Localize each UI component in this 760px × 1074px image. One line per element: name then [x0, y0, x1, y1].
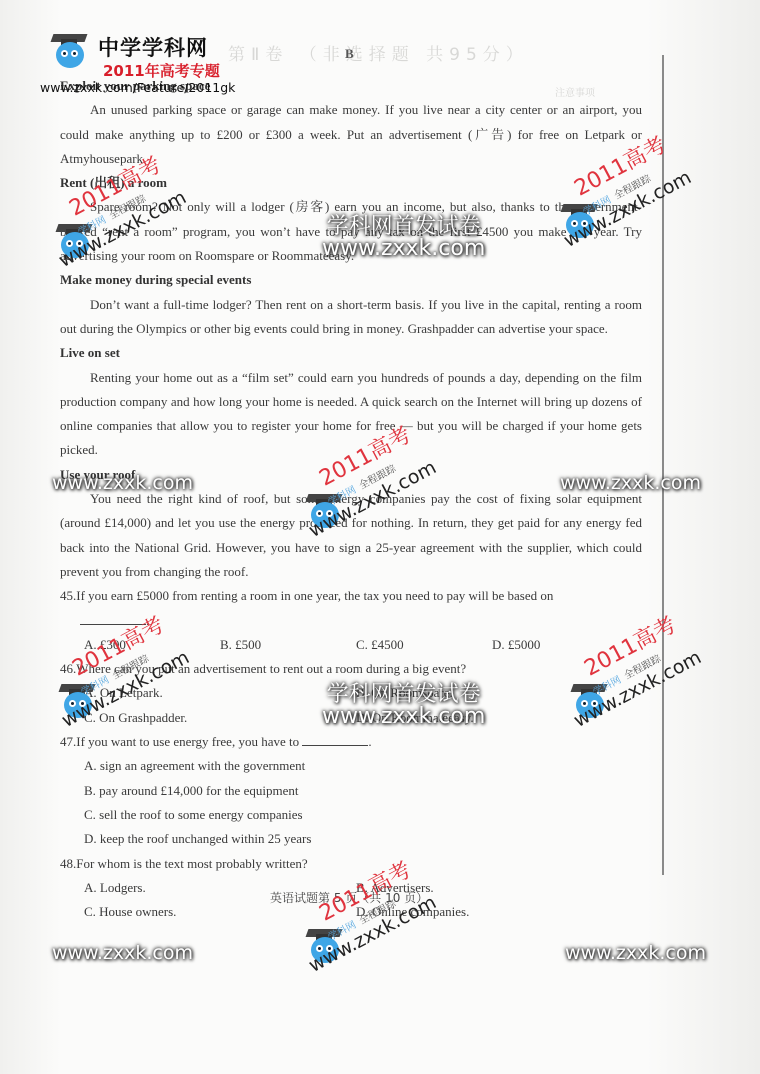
section-heading: Make money during special events	[60, 268, 642, 292]
answer-option: C. £4500	[356, 633, 492, 657]
banner-watermark: 学科网首发试卷www.zxxk.com	[322, 684, 485, 728]
answer-option: B. £500	[220, 633, 356, 657]
question-stem: 47.If you want to use energy free, you h…	[60, 730, 642, 754]
banner-watermark: 学科网首发试卷www.zxxk.com	[322, 216, 485, 260]
url-watermark: www.zxxk.com	[52, 472, 193, 494]
answer-option: A. sign an agreement with the government	[84, 758, 305, 773]
url-watermark: www.zxxk.com	[560, 472, 701, 494]
answer-blank	[302, 731, 368, 746]
logo-url: www.zxxk.com/Feature/2011gk	[40, 80, 235, 95]
paragraph: Renting your home out as a “film set” co…	[60, 366, 642, 463]
mascot-logo-icon	[50, 30, 90, 72]
faint-section-title: 第Ⅱ卷 （非选择题 共95分）	[228, 40, 529, 65]
question-stem: 48.For whom is the text most probably wr…	[60, 852, 642, 876]
logo-subtitle: 2011年高考专题	[103, 60, 220, 81]
paragraph: Don’t want a full-time lodger? Then rent…	[60, 293, 642, 342]
question-stem: 45.If you earn £5000 from renting a room…	[60, 584, 642, 608]
answer-option: C. sell the roof to some energy companie…	[84, 807, 303, 822]
section-heading: Live on set	[60, 341, 642, 365]
answer-option: B. pay around £14,000 for the equipment	[84, 783, 298, 798]
url-watermark: www.zxxk.com	[565, 942, 706, 964]
url-watermark: www.zxxk.com	[52, 942, 193, 964]
answer-option: C. On Grashpadder.	[84, 706, 356, 730]
logo-title: 中学学科网	[98, 32, 208, 62]
section-letter: B	[345, 46, 354, 62]
answer-option: D. keep the roof unchanged within 25 yea…	[84, 831, 311, 846]
